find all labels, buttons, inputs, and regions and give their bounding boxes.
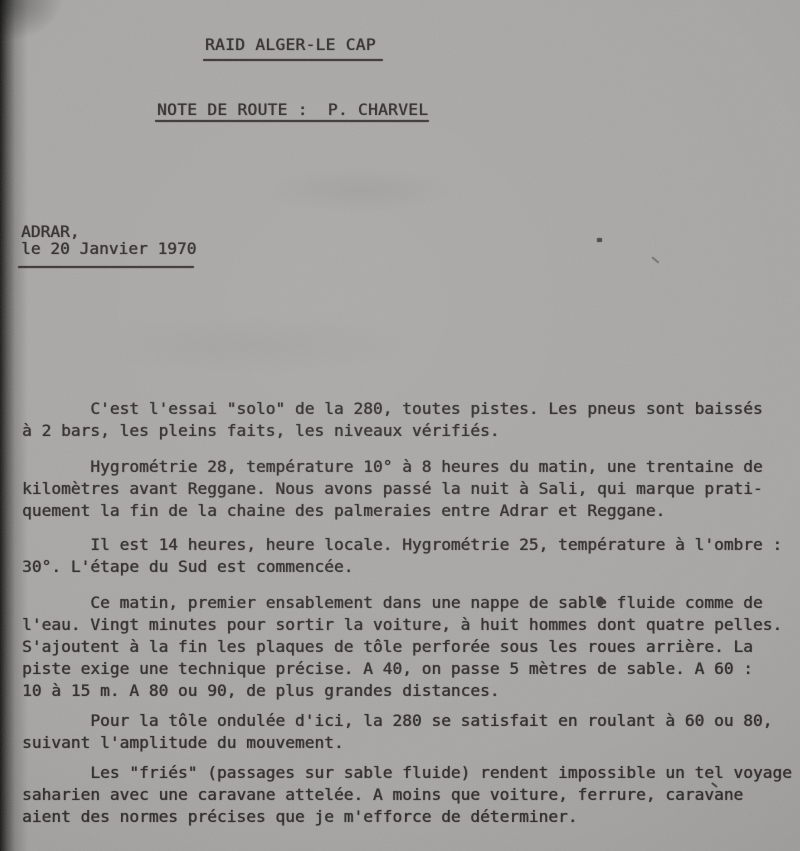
dateline-underline xyxy=(18,266,194,268)
paragraph-2: Hygrométrie 28, température 10° à 8 heur… xyxy=(22,456,763,522)
subtitle-underline xyxy=(155,120,429,122)
document-subtitle: NOTE DE ROUTE : P. CHARVEL xyxy=(157,99,428,121)
scan-speck xyxy=(652,256,660,263)
scanned-document-page: RAID ALGER-LE CAP NOTE DE ROUTE : P. CHA… xyxy=(0,0,800,851)
paragraph-5: Pour la tôle ondulée d'ici, la 280 se sa… xyxy=(22,710,772,754)
title-underline xyxy=(203,59,383,61)
paragraph-1: C'est l'essai "solo" de la 280, toutes p… xyxy=(22,398,763,442)
scan-speck xyxy=(597,238,602,242)
scan-corner-shadow xyxy=(0,0,110,80)
dateline-date: le 20 Janvier 1970 xyxy=(21,238,196,260)
paragraph-3: Il est 14 heures, heure locale. Hygromét… xyxy=(22,534,782,578)
paragraph-4: Ce matin, premier ensablement dans une n… xyxy=(22,592,782,702)
bleedthrough-smudge xyxy=(60,300,480,390)
bleedthrough-smudge xyxy=(250,160,470,220)
document-title: RAID ALGER-LE CAP xyxy=(205,34,376,56)
paragraph-6: Les "friés" (passages sur sable fluide) … xyxy=(22,762,792,828)
